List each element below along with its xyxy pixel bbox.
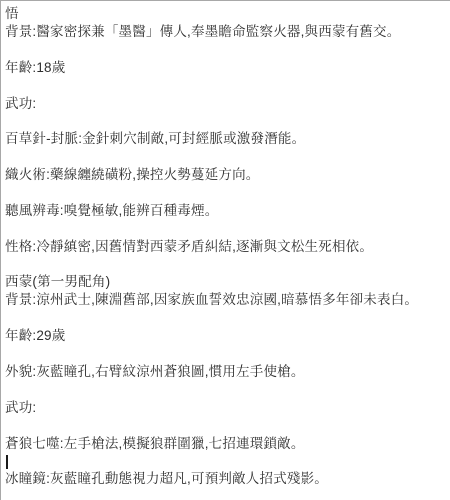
- text-line: 聽風辨毒:嗅覺極敏,能辨百種毒煙。: [5, 202, 444, 220]
- text-line: [5, 220, 444, 238]
- text-caret: [6, 455, 8, 469]
- text-line: 西蒙(第一男配角): [5, 273, 444, 291]
- text-line: [5, 77, 444, 95]
- text-line: [5, 184, 444, 202]
- text-line: 武功:: [5, 399, 444, 417]
- text-line: [5, 381, 444, 399]
- text-line: [5, 345, 444, 363]
- text-line: 背景:涼州武士,陳淵舊部,因家族血誓效忠涼國,暗慕悟多年卻未表白。: [5, 291, 444, 309]
- text-line: 百草針-封脈:金針刺穴制敵,可封經脈或激發潛能。: [5, 130, 444, 148]
- text-line: 織火術:藥線纏繞磺粉,操控火勢蔓延方向。: [5, 166, 444, 184]
- text-line: 冰瞳鏡:灰藍瞳孔動態視力超凡,可預判敵人招式殘影。: [5, 470, 444, 480]
- text-content: 悟背景:醫家密探兼「墨醫」傳人,奉墨瞻命監察火器,與西蒙有舊交。年齡:18歲武功…: [5, 5, 444, 480]
- text-line: 外貌:灰藍瞳孔,右臂紋涼州蒼狼圖,慣用左手使槍。: [5, 363, 444, 381]
- text-line: 武功:: [5, 95, 444, 113]
- text-line: [5, 148, 444, 166]
- text-line: 蒼狼七噬:左手槍法,模擬狼群圍獵,七招連環鎖敵。: [5, 435, 444, 453]
- text-line: 年齡:18歲: [5, 59, 444, 77]
- text-line: [5, 309, 444, 327]
- text-line: [5, 256, 444, 274]
- text-line: [5, 112, 444, 130]
- text-editor-area[interactable]: 悟背景:醫家密探兼「墨醫」傳人,奉墨瞻命監察火器,與西蒙有舊交。年齡:18歲武功…: [0, 0, 450, 480]
- text-line: [5, 417, 444, 435]
- text-line: 性格:冷靜縝密,因舊情對西蒙矛盾糾結,逐漸與文松生死相依。: [5, 238, 444, 256]
- text-line: 年齡:29歲: [5, 327, 444, 345]
- text-line: 悟: [5, 5, 444, 23]
- text-line: [5, 452, 444, 470]
- text-line: [5, 41, 444, 59]
- text-line: 背景:醫家密探兼「墨醫」傳人,奉墨瞻命監察火器,與西蒙有舊交。: [5, 23, 444, 41]
